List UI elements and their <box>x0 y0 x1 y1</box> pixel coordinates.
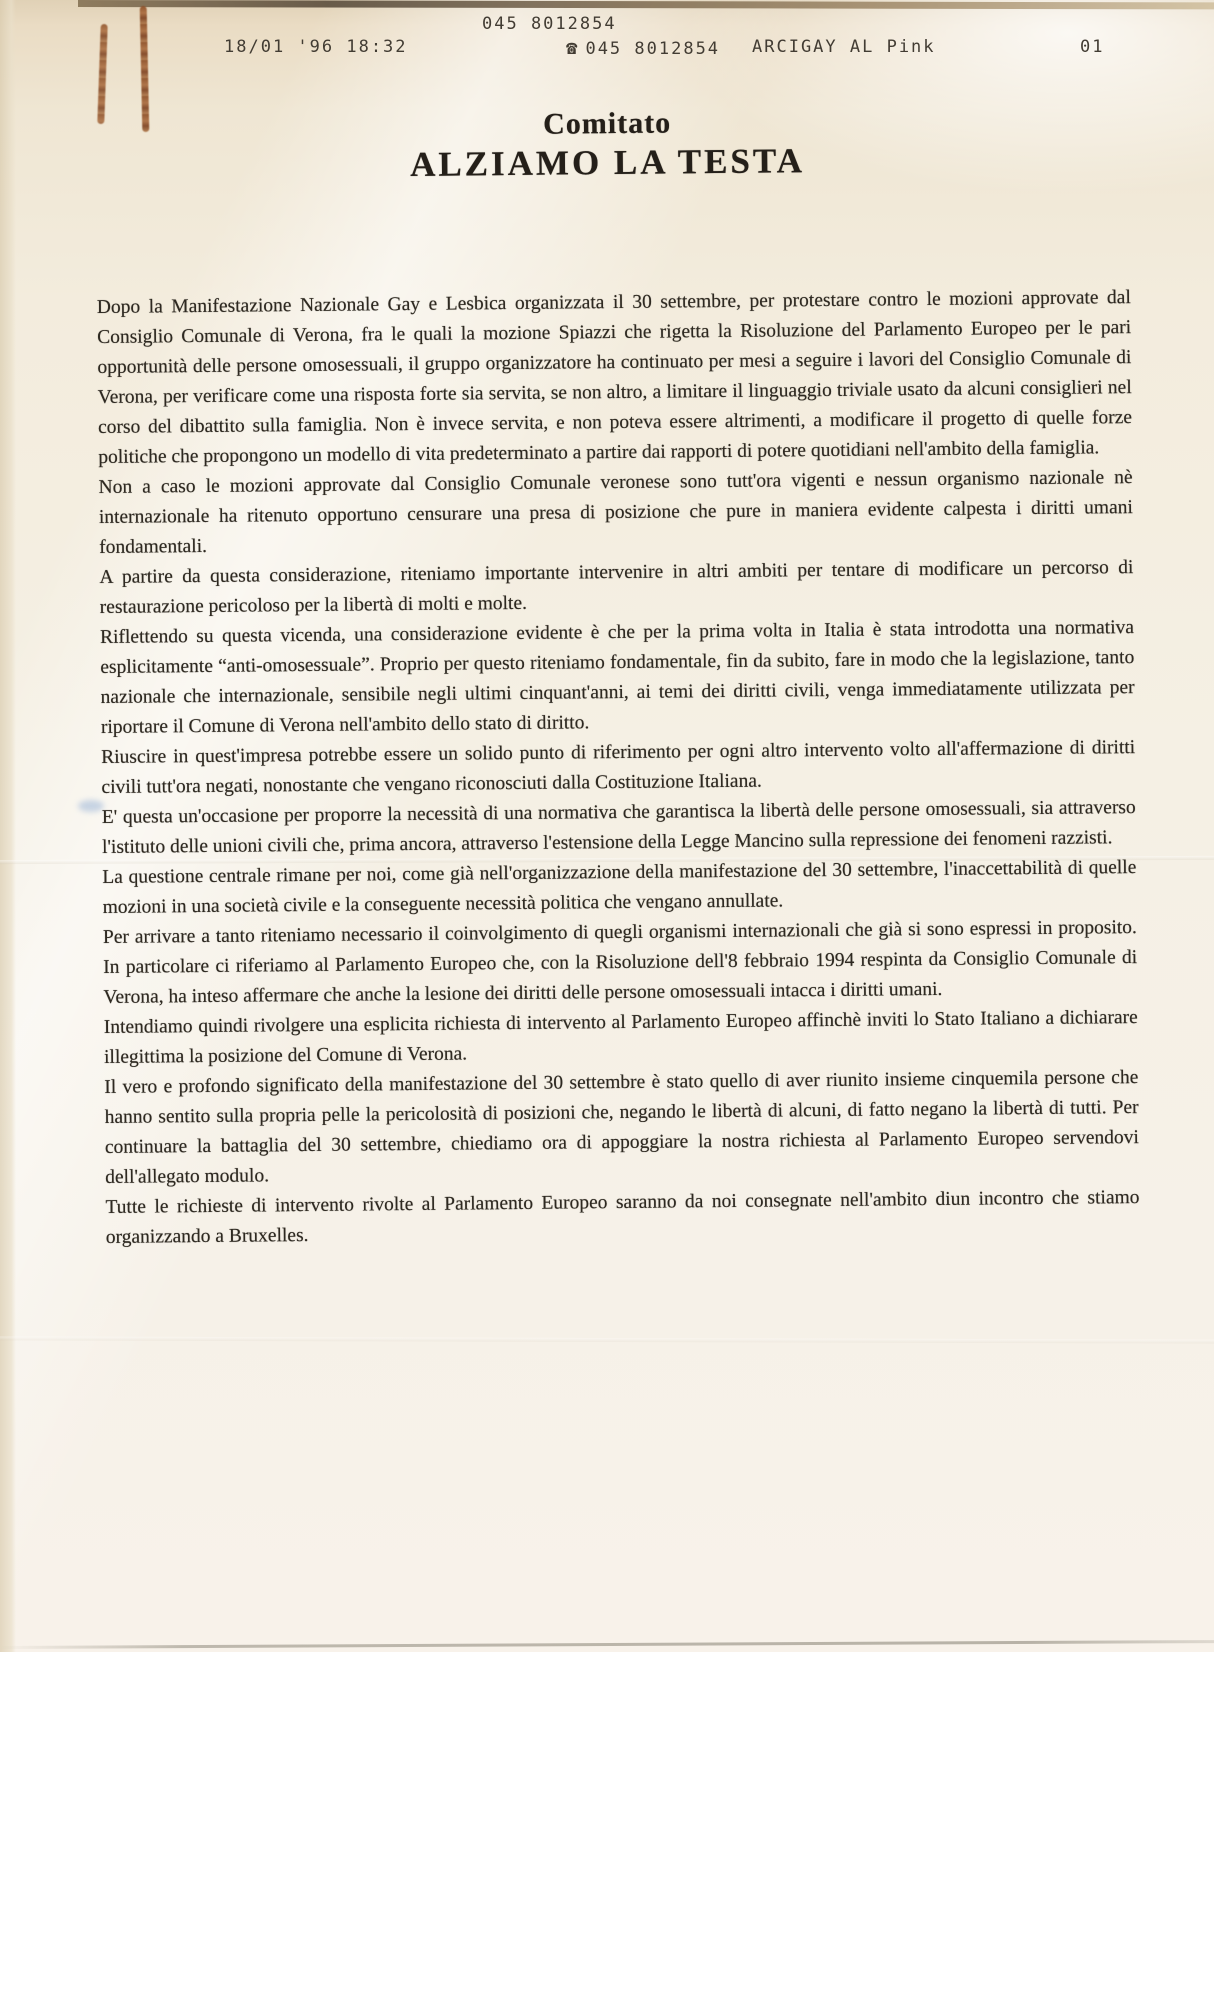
paragraph: E' questa un'occasione per proporre la n… <box>102 793 1137 863</box>
paragraph: A partire da questa considerazione, rite… <box>99 553 1134 623</box>
ink-smudge <box>78 800 104 812</box>
fax-header-number: 045 8012854 <box>585 39 720 59</box>
paper-top-edge-shadow <box>78 0 1214 9</box>
fax-header-sender: ARCIGAY AL Pink <box>752 37 936 57</box>
letter-body: Dopo la Manifestazione Nazionale Gay e L… <box>97 283 1140 1253</box>
paper-left-edge <box>0 0 16 1652</box>
staple-rust-mark <box>97 24 107 124</box>
paper-bottom-edge <box>0 1640 1214 1649</box>
paragraph: Tutte le richieste di intervento rivolte… <box>105 1183 1140 1253</box>
paragraph: Dopo la Manifestazione Nazionale Gay e L… <box>97 283 1133 473</box>
paragraph: La questione centrale rimane per noi, co… <box>102 853 1137 923</box>
paper-crease <box>0 1336 1214 1343</box>
fax-header-phone: ☎045 8012854 <box>566 37 720 59</box>
fax-header-number-top: 045 8012854 <box>482 14 617 34</box>
fax-header-page-number: 01 <box>1080 37 1104 57</box>
paragraph: Il vero e profondo significato della man… <box>104 1063 1139 1193</box>
paragraph: Intendiamo quindi rivolgere una esplicit… <box>104 1003 1139 1073</box>
letter-content: Comitato ALZIAMO LA TESTA Dopo la Manife… <box>95 102 1140 1253</box>
paragraph: Per arrivare a tanto riteniamo necessari… <box>103 913 1138 1013</box>
telephone-icon: ☎ <box>566 37 577 59</box>
paragraph: Riflettendo su questa vicenda, una consi… <box>100 613 1135 743</box>
paragraph: Non a caso le mozioni approvate dal Cons… <box>98 463 1133 563</box>
title-alziamo-la-testa: ALZIAMO LA TESTA <box>85 138 1129 188</box>
scanned-fax-page: 045 8012854 18/01 '96 18:32 ☎045 8012854… <box>0 0 1214 1652</box>
letter-title: Comitato ALZIAMO LA TESTA <box>85 102 1130 188</box>
fax-header-datetime: 18/01 '96 18:32 <box>224 37 408 57</box>
paragraph: Riuscire in quest'impresa potrebbe esser… <box>101 733 1136 803</box>
